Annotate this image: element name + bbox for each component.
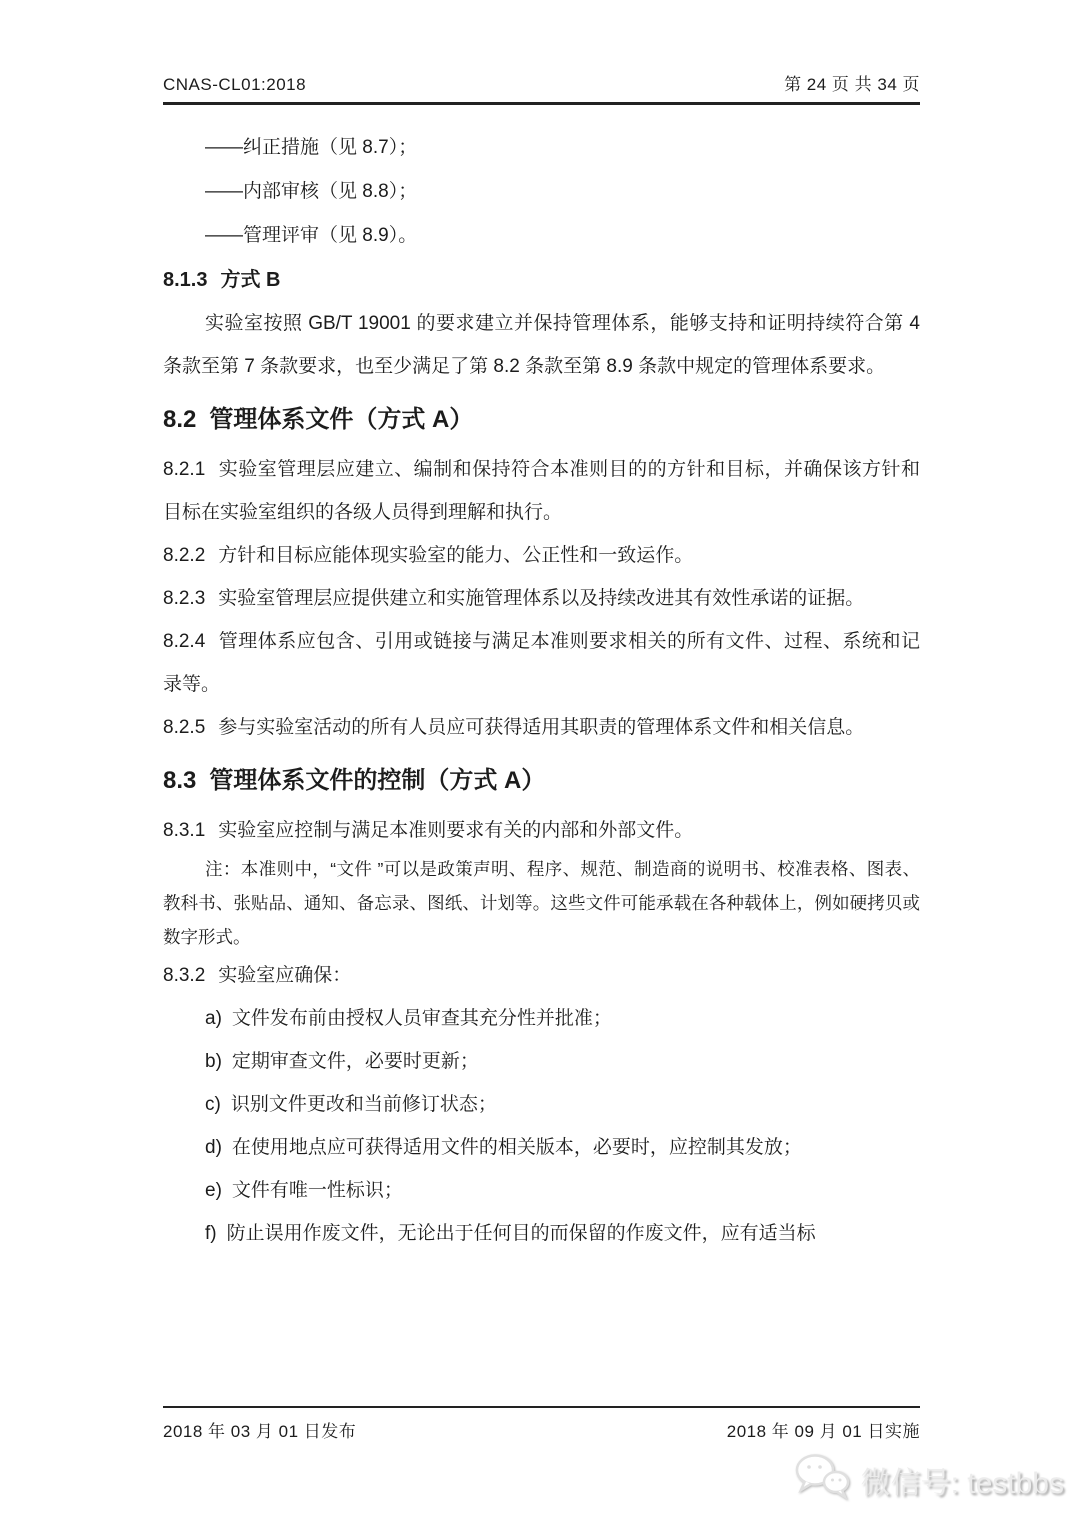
para-text: 实验室管理层应提供建立和实施管理体系以及持续改进其有效性承诺的证据。 [218,588,864,609]
list-text: 定期审查文件，必要时更新； [232,1051,479,1072]
list-item-d: d)在使用地点应可获得适用文件的相关版本，必要时，应控制其发放； [163,1126,920,1169]
para-8-3-1: 8.3.1实验室应控制与满足本准则要求有关的内部和外部文件。 [163,809,920,852]
list-text: 防止误用作废文件，无论出于任何目的而保留的作废文件，应有适当标 [227,1223,816,1244]
para-text: 实验室应控制与满足本准则要求有关的内部和外部文件。 [218,820,693,841]
list-text: 在使用地点应可获得适用文件的相关版本，必要时，应控制其发放； [232,1137,802,1158]
heading-8-2: 8.2管理体系文件（方式 A） [163,397,920,443]
para-text: 参与实验室活动的所有人员应可获得适用其职责的管理体系文件和相关信息。 [218,717,864,738]
dash-item-management-review: ——管理评审（见 8.9）。 [163,214,920,258]
clause-number: 8.2.2 [163,545,205,566]
list-label: e) [205,1180,222,1201]
clause-number: 8.2.5 [163,717,205,738]
para-text: 实验室管理层应建立、编制和保持符合本准则目的的方针和目标，并确保该方针和目标在实… [163,459,920,523]
list-label: c) [205,1094,221,1115]
para-text: 方针和目标应能体现实验室的能力、公正性和一致运作。 [218,545,693,566]
list-text: 文件发布前由授权人员审查其充分性并批准； [232,1008,612,1029]
para-8-2-5: 8.2.5参与实验室活动的所有人员应可获得适用其职责的管理体系文件和相关信息。 [163,706,920,749]
list-label: a) [205,1008,222,1029]
list-item-a: a)文件发布前由授权人员审查其充分性并批准； [163,997,920,1040]
para-8-2-2: 8.2.2方针和目标应能体现实验室的能力、公正性和一致运作。 [163,534,920,577]
document-body: ——纠正措施（见 8.7）； ——内部审核（见 8.8）； ——管理评审（见 8… [163,126,920,1255]
heading-8-1-3: 8.1.3方式 B [163,258,920,302]
list-item-e: e)文件有唯一性标识； [163,1169,920,1212]
watermark-label: 微信号: testbbs [861,1458,1064,1502]
page-footer: 2018 年 03 月 01 日发布 2018 年 09 月 01 日实施 [163,1406,920,1442]
document-id: CNAS-CL01:2018 [163,75,306,95]
list-item-b: b)定期审查文件，必要时更新； [163,1040,920,1083]
list-item-f: f)防止误用作废文件，无论出于任何目的而保留的作废文件，应有适当标 [163,1212,920,1255]
watermark: 微信号: testbbs [793,1452,1064,1508]
clause-number: 8.3.2 [163,965,205,986]
heading-text: 管理体系文件（方式 A） [209,406,473,433]
header-rule [163,102,920,105]
para-8-2-1: 8.2.1实验室管理层应建立、编制和保持符合本准则目的的方针和目标，并确保该方针… [163,448,920,534]
clause-number: 8.1.3 [163,269,207,291]
list-label: f) [205,1223,217,1244]
clause-number: 8.2 [163,406,196,433]
heading-8-3: 8.3管理体系文件的控制（方式 A） [163,758,920,804]
list-text: 识别文件更改和当前修订状态； [231,1094,497,1115]
issue-date: 2018 年 03 月 01 日发布 [163,1417,356,1442]
clause-number: 8.3.1 [163,820,205,841]
clause-number: 8.2.4 [163,631,205,652]
document-page: { "header": { "doc_id": "CNAS-CL01:2018"… [0,0,1080,1527]
para-8-3-2: 8.3.2实验室应确保： [163,954,920,997]
implement-date: 2018 年 09 月 01 日实施 [727,1417,920,1442]
wechat-icon [793,1452,851,1508]
list-label: d) [205,1137,222,1158]
page-number-info: 第 24 页 共 34 页 [784,70,920,95]
list-text: 文件有唯一性标识； [232,1180,403,1201]
para-8-2-3: 8.2.3实验室管理层应提供建立和实施管理体系以及持续改进其有效性承诺的证据。 [163,577,920,620]
dash-item-corrective-actions: ——纠正措施（见 8.7）； [163,126,920,170]
list-item-c: c)识别文件更改和当前修订状态； [163,1083,920,1126]
clause-number: 8.2.3 [163,588,205,609]
list-label: b) [205,1051,222,1072]
heading-text: 管理体系文件的控制（方式 A） [209,767,545,794]
note-paragraph: 注：本准则中，“文件 ”可以是政策声明、程序、规范、制造商的说明书、校准表格、图… [163,852,920,954]
footer-rule [163,1406,920,1408]
page-header: CNAS-CL01:2018 第 24 页 共 34 页 [163,70,920,105]
para-text: 实验室应确保： [218,965,351,986]
clause-number: 8.3 [163,767,196,794]
para-text: 管理体系应包含、引用或链接与满足本准则要求相关的所有文件、过程、系统和记录等。 [163,631,920,695]
dash-item-internal-audit: ——内部审核（见 8.8）； [163,170,920,214]
clause-number: 8.2.1 [163,459,205,480]
heading-text: 方式 B [220,269,280,291]
para-8-2-4: 8.2.4管理体系应包含、引用或链接与满足本准则要求相关的所有文件、过程、系统和… [163,620,920,706]
para-8-1-3-body: 实验室按照 GB/T 19001 的要求建立并保持管理体系，能够支持和证明持续符… [163,302,920,388]
